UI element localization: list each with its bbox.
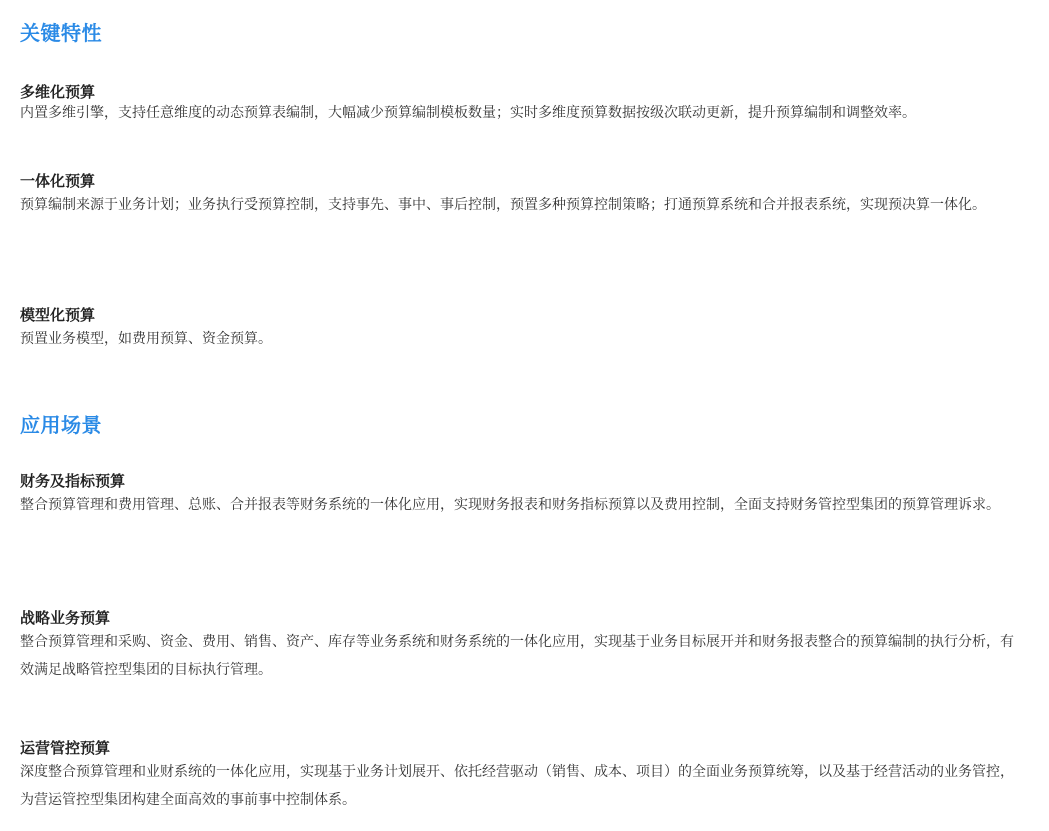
scenario-item-finance-indicators: 财务及指标预算 整合预算管理和费用管理、总账、合并报表等财务系统的一体化应用，实… bbox=[20, 471, 1020, 519]
item-title: 财务及指标预算 bbox=[20, 471, 1020, 491]
feature-item-integrated: 一体化预算 预算编制来源于业务计划；业务执行受预算控制，支持事先、事中、事后控制… bbox=[20, 171, 1020, 219]
item-description: 整合预算管理和采购、资金、费用、销售、资产、库存等业务系统和财务系统的一体化应用… bbox=[20, 628, 1020, 684]
section-title-key-features: 关键特性 bbox=[20, 19, 102, 47]
item-description: 整合预算管理和费用管理、总账、合并报表等财务系统的一体化应用，实现财务报表和财务… bbox=[20, 491, 1020, 519]
feature-item-model-based: 模型化预算 预置业务模型，如费用预算、资金预算。 bbox=[20, 305, 1020, 353]
item-description: 内置多维引擎，支持任意维度的动态预算表编制，大幅减少预算编制模板数量；实时多维度… bbox=[20, 102, 1020, 124]
section-title-application-scenarios: 应用场景 bbox=[20, 411, 102, 439]
item-description: 预置业务模型，如费用预算、资金预算。 bbox=[20, 325, 1020, 353]
item-title: 运营管控预算 bbox=[20, 738, 1020, 758]
item-title: 战略业务预算 bbox=[20, 608, 1020, 628]
scenario-item-strategic-business: 战略业务预算 整合预算管理和采购、资金、费用、销售、资产、库存等业务系统和财务系… bbox=[20, 608, 1020, 684]
item-title: 多维化预算 bbox=[20, 82, 1020, 102]
item-description: 深度整合预算管理和业财系统的一体化应用，实现基于业务计划展开、依托经营驱动（销售… bbox=[20, 758, 1020, 814]
item-description: 预算编制来源于业务计划；业务执行受预算控制，支持事先、事中、事后控制，预置多种预… bbox=[20, 191, 1020, 219]
item-title: 模型化预算 bbox=[20, 305, 1020, 325]
scenario-item-operations-control: 运营管控预算 深度整合预算管理和业财系统的一体化应用，实现基于业务计划展开、依托… bbox=[20, 738, 1020, 814]
item-title: 一体化预算 bbox=[20, 171, 1020, 191]
page: 关键特性 多维化预算 内置多维引擎，支持任意维度的动态预算表编制，大幅减少预算编… bbox=[0, 0, 1049, 831]
feature-item-multidimensional: 多维化预算 内置多维引擎，支持任意维度的动态预算表编制，大幅减少预算编制模板数量… bbox=[20, 82, 1020, 124]
